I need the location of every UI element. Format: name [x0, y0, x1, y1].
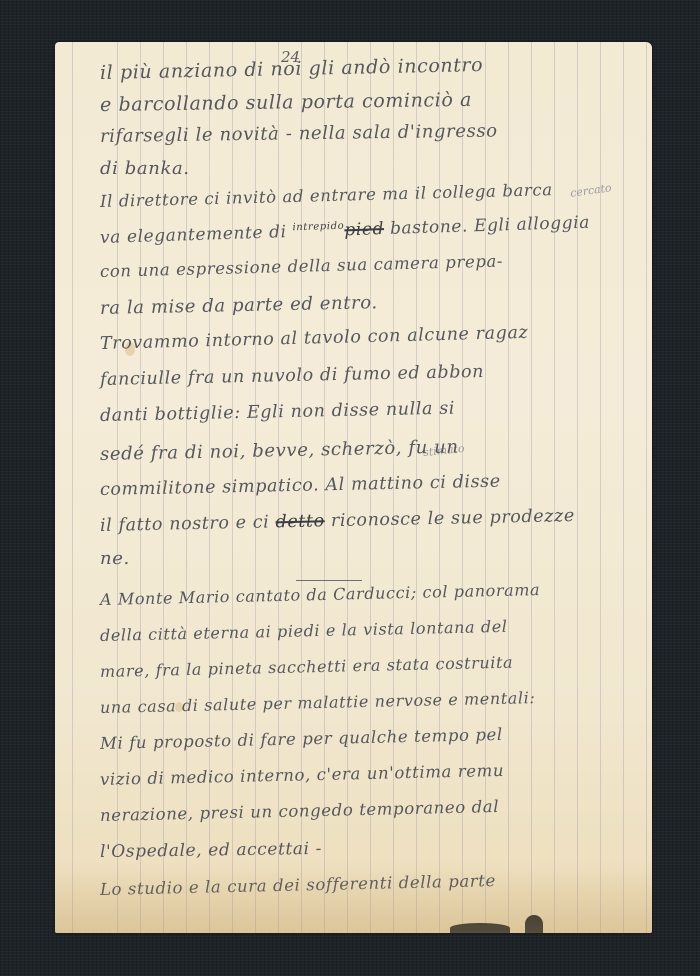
manuscript-line: ne. — [100, 548, 130, 569]
manuscript-line: Mi fu proposto di fare per qualche tempo… — [100, 725, 503, 753]
section-separator — [296, 580, 362, 581]
manuscript-line: il più anziano di noi gli andò incontro — [100, 54, 484, 84]
manuscript-line: commilitone simpatico. Al mattino ci dis… — [100, 472, 501, 500]
manuscript-line: l'Ospedale, ed accettai - — [100, 839, 322, 862]
struck-word: detto — [275, 511, 325, 532]
manuscript-line: Il direttore ci invitò ad entrare ma il … — [100, 180, 553, 211]
manuscript-page: 24 cercato stimato il più anziano di noi… — [55, 42, 652, 933]
manuscript-line: Trovammo intorno al tavolo con alcune ra… — [100, 323, 529, 354]
torn-edge — [450, 923, 510, 933]
manuscript-line: sedé fra di noi, bevve, scherzò, fu un — [100, 436, 459, 465]
manuscript-line: mare, fra la pineta sacchetti era stata … — [100, 653, 514, 681]
manuscript-line: di banka. — [100, 158, 190, 179]
manuscript-line: nerazione, presi un congedo temporaneo d… — [100, 797, 500, 825]
manuscript-line: ra la mise da parte ed entro. — [100, 292, 378, 319]
manuscript-line: vizio di medico interno, c'era un'ottima… — [100, 761, 504, 789]
manuscript-line: e barcollando sulla porta cominciò a — [100, 89, 472, 116]
manuscript-line: della città eterna ai piedi e la vista l… — [100, 617, 508, 645]
manuscript-line: danti bottiglie: Egli non disse nulla si — [100, 399, 455, 426]
manuscript-line: va elegantemente di intrepidopied baston… — [100, 213, 591, 248]
margin-annotation: cercato — [569, 181, 612, 200]
struck-word: pied — [344, 219, 384, 240]
manuscript-line: A Monte Mario cantato da Carducci; col p… — [100, 580, 541, 609]
manuscript-line: fanciulle fra un nuvolo di fumo ed abbon — [100, 362, 484, 390]
manuscript-line: Lo studio e la cura dei sofferenti della… — [100, 871, 496, 899]
manuscript-line: rifarsegli le novità - nella sala d'ingr… — [100, 120, 498, 147]
manuscript-line: il fatto nostro e ci detto riconosce le … — [100, 506, 575, 536]
manuscript-line: una casa di salute per malattie nervose … — [100, 688, 536, 717]
torn-edge — [525, 915, 543, 933]
inserted-word: intrepido — [292, 221, 344, 234]
manuscript-line: con una espressione della sua camera pre… — [100, 251, 504, 281]
